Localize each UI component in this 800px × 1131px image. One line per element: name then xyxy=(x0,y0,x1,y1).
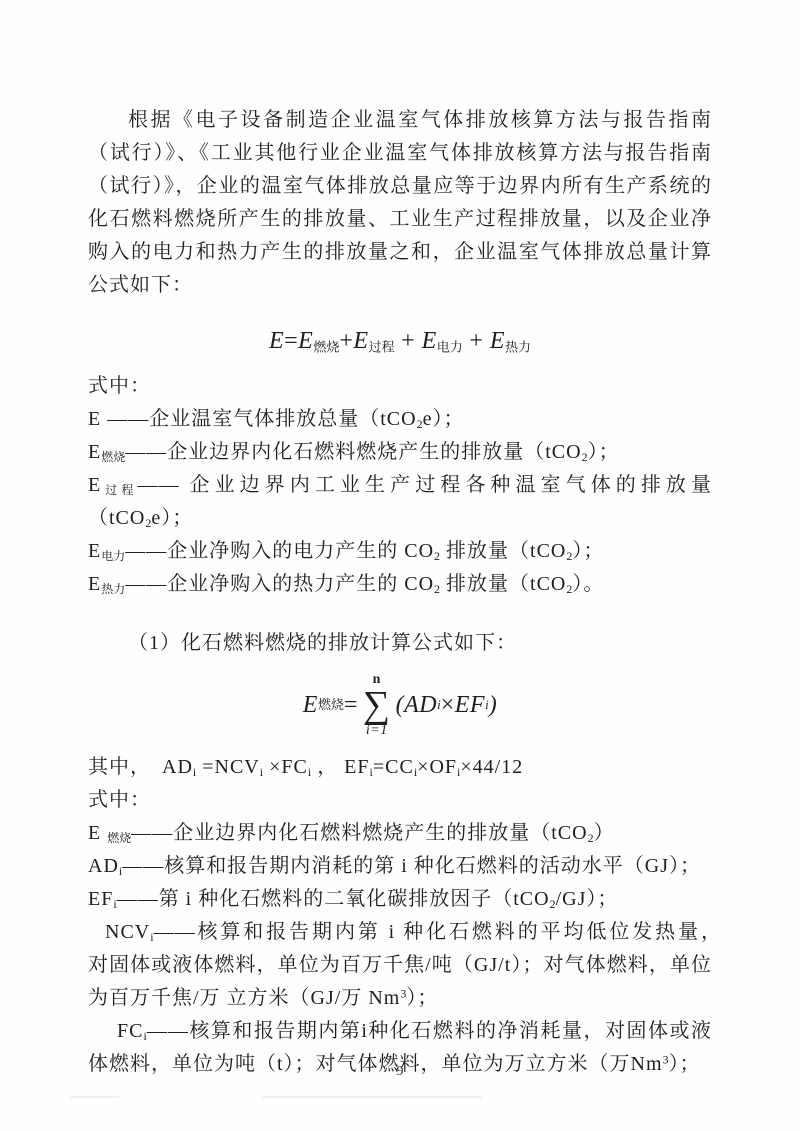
definition-e-process: E过程—— 企业边界内工业生产过程各种温室气体的排放量（tCO2e）； xyxy=(88,469,712,535)
scan-artifact-line xyxy=(70,1096,120,1098)
page-number: 9 xyxy=(0,1064,800,1080)
summation-lower-limit: i=1 xyxy=(366,723,388,738)
summation-symbol: n∑i=1 xyxy=(363,672,391,739)
definition-e-combustion-2: E 燃烧——企业边界内化石燃料燃烧产生的排放量（tCO2） xyxy=(88,817,712,850)
sigma-glyph: ∑ xyxy=(363,687,391,723)
combustion-emissions-formula: E燃烧=n∑i=1(ADi × EFi) xyxy=(88,672,712,739)
activity-data-term: AD xyxy=(404,692,437,719)
intro-paragraph: 根据《电子设备制造企业温室气体排放核算方法与报告指南（试行）》、《工业其他行业企… xyxy=(88,104,712,302)
section-1-heading: （1）化石燃料燃烧的排放计算公式如下： xyxy=(88,627,712,660)
definition-e-electricity: E电力——企业净购入的电力产生的 CO2 排放量（tCO2）； xyxy=(88,535,712,568)
definition-e-total: E ——企业温室气体排放总量（tCO2e）； xyxy=(88,403,712,436)
equals-sign: = xyxy=(344,692,358,719)
formula-legend-label-1: 式中： xyxy=(88,370,712,403)
emission-factor-term: EF xyxy=(455,692,485,719)
open-paren: ( xyxy=(396,692,405,719)
inline-formulas-line: 其中， ADi =NCVi ×FCi ， EFi=CCi×OFi×44/12 xyxy=(88,751,712,784)
definition-ncv: NCVi——核算和报告期内第 i 种化石燃料的平均低位发热量， 对固体或液体燃料… xyxy=(88,916,712,1015)
definition-e-combustion: E燃烧——企业边界内化石燃料燃烧产生的排放量（tCO2）； xyxy=(88,436,712,469)
scan-artifact-line xyxy=(262,1096,482,1098)
formula-lhs: E xyxy=(303,692,318,719)
definition-ad: ADi——核算和报告期内消耗的第 i 种化石燃料的活动水平（GJ）； xyxy=(88,850,712,883)
multiplication-sign: × xyxy=(441,692,455,719)
total-emissions-formula: E=E燃烧+E过程 + E电力 + E热力 xyxy=(88,322,712,360)
formula-legend-label-2: 式中： xyxy=(88,784,712,817)
document-page: 根据《电子设备制造企业温室气体排放核算方法与报告指南（试行）》、《工业其他行业企… xyxy=(0,0,800,1131)
close-paren: ) xyxy=(489,692,498,719)
definition-e-heat: E热力——企业净购入的热力产生的 CO2 排放量（tCO2）。 xyxy=(88,568,712,601)
page-content: 根据《电子设备制造企业温室气体排放核算方法与报告指南（试行）》、《工业其他行业企… xyxy=(88,104,712,1081)
definition-ef: EFi——第 i 种化石燃料的二氧化碳排放因子（tCO2/GJ）； xyxy=(88,883,712,916)
